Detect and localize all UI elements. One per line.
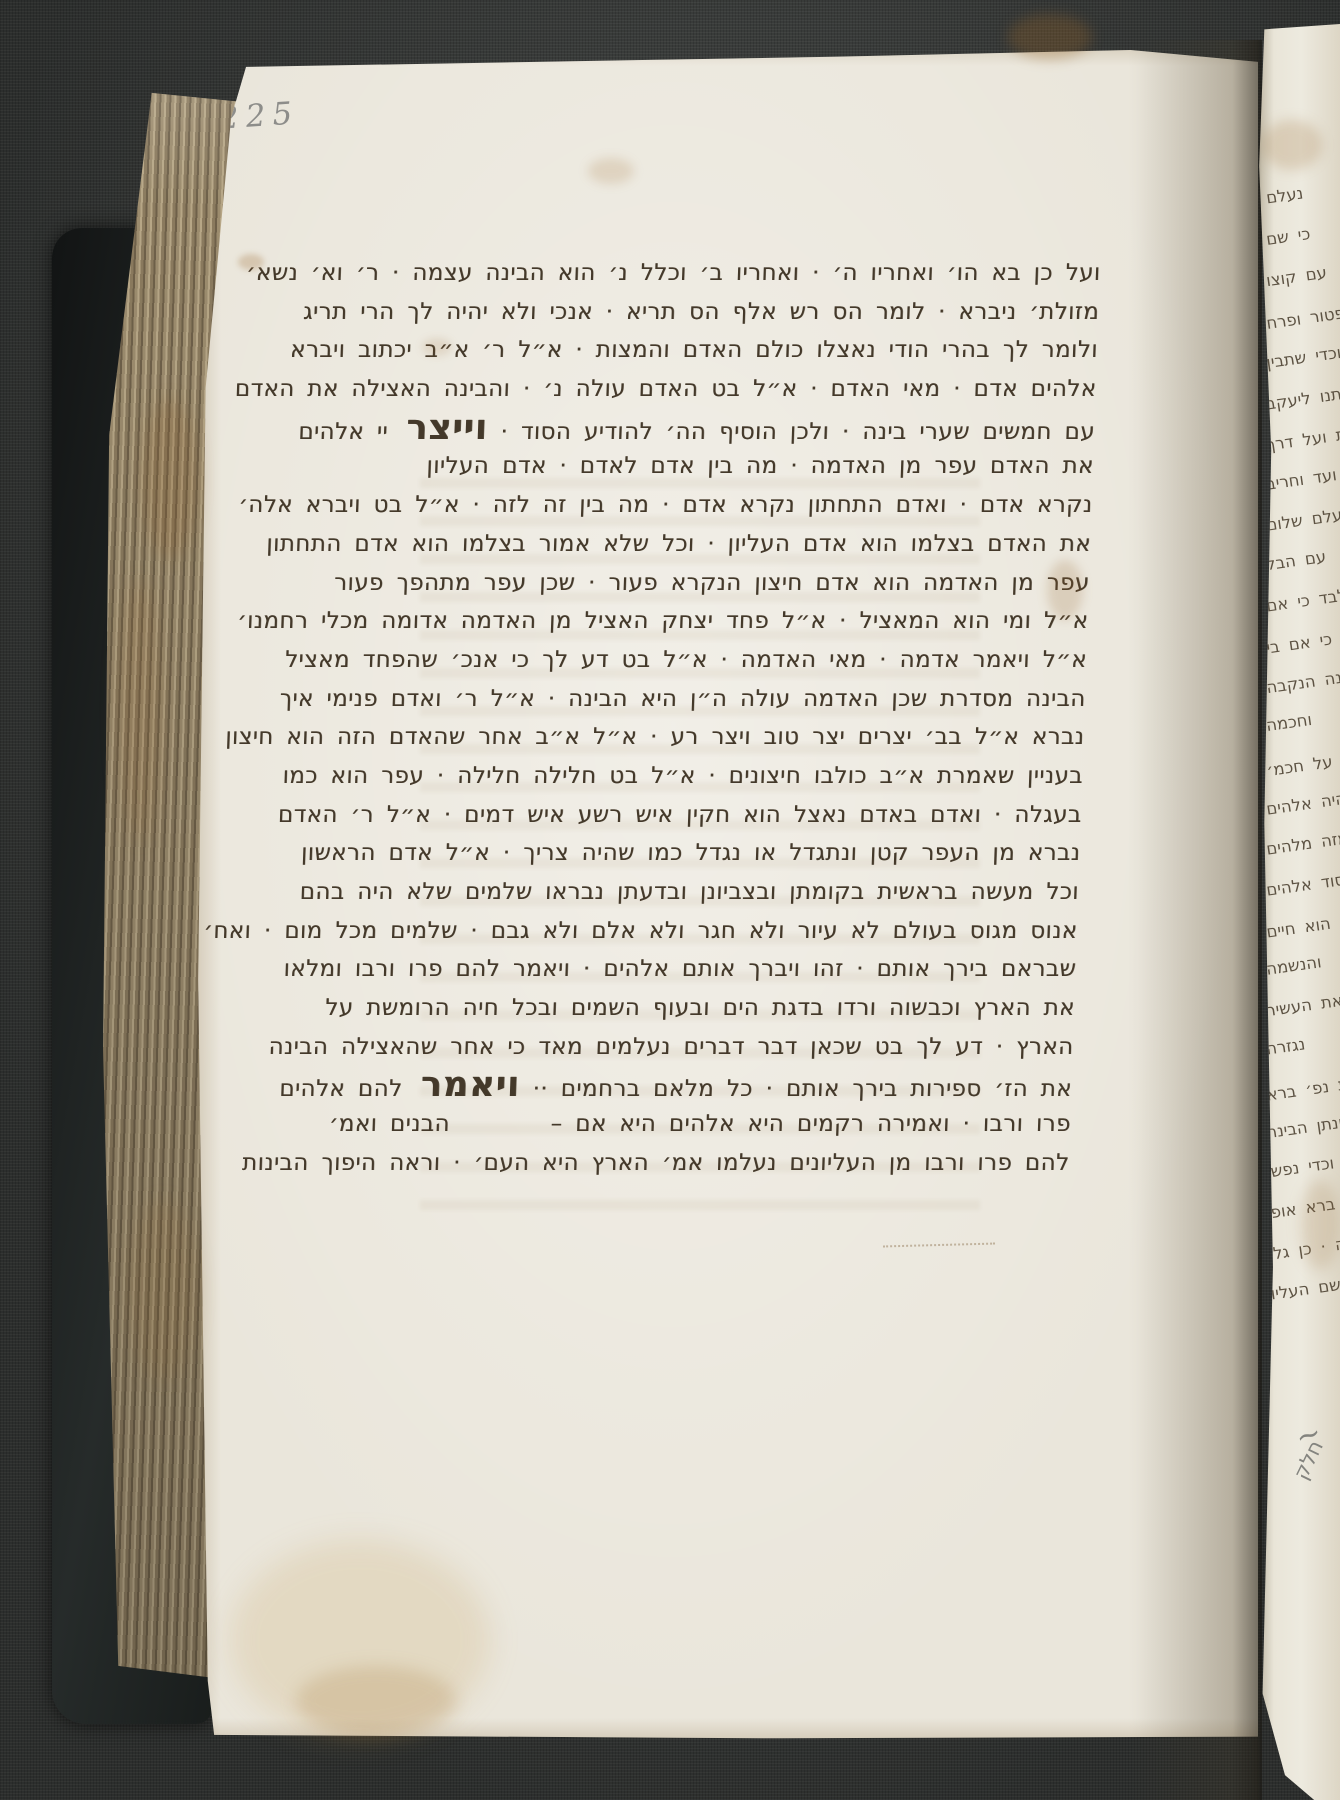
fragment-line: וסוד אלהים [1265,869,1340,899]
fragment-line: שם העליון [1265,1274,1340,1303]
text-segment: את הארץ וכבשוה ורדו בדגת הים ובעוף השמים… [312,995,1075,1021]
fragment-line: נתנו ליעקב [1265,383,1340,413]
fragment-line: כי שם [1265,224,1312,249]
fragment-line: כפטור ופרח [1265,301,1340,332]
manuscript-line: את האדם בצלמו הוא אדם העליון · וכל שלא א… [410,525,1091,564]
fragment-line: את העשיר [1265,991,1340,1021]
text-segment: בעגלה · ואדם באדם נאצל הוא חקין איש רשע … [265,802,1082,828]
manuscript-line: עם חמשים שערי בינה · ולכן הוסיף הה׳ להוד… [414,409,1095,448]
facing-page-edge: נעלםכי שםעם קוצוכפטור ופרחוכדי שתביןנתנו… [1254,24,1340,1800]
text-segment: ולומר לך בהרי הודי נאצלו כולם האדם והמצו… [277,337,1098,363]
fragment-line: נגזרה [1265,1034,1306,1058]
manuscript-line: א״ל ומי הוא המאציל · א״ל פחד יצחק האציל … [408,602,1089,641]
fragment-line: ונתן הבינה [1265,1112,1340,1142]
fragment-line: וכדי שתבין [1265,343,1340,372]
manuscript-line: ועל כן בא הו׳ ואחריו ה׳ · ואחריו ב׳ וכלל… [420,254,1101,293]
fragment-line: לב כי אם בי [1265,625,1340,657]
text-segment: הבינה מסדרת שכן האדמה עולה ה״ן היא הבינה… [267,686,1087,712]
text-segment: וכל מעשה בראשית בקומתן ובצביונן ובדעתן נ… [287,879,1080,905]
gutter-shadow [1128,40,1262,1800]
text-segment: אנוס מגוס בעולם לא עיור ולא חגר ולא אלם … [190,918,1078,944]
fragment-line: והנשמה [1265,952,1323,979]
manuscript-line: אלהים אדם · מאי האדם · א״ל בט האדם עולה … [416,370,1097,409]
fragment-line: לבד כי אם [1265,585,1340,615]
text-segment: נקרא אדם · ואדם התחתון נקרא אדם · מה בין… [225,492,1093,518]
text-segment: הארץ · דע לך בט שכאן דבר דברים נעלמים מא… [255,1034,1074,1060]
manuscript-line: הבינה מסדרת שכן האדמה עולה ה״ן היא הבינה… [405,680,1086,719]
fragment-line: עם קוצו [1265,263,1328,290]
stain [1262,120,1322,170]
text-segment: מזולת׳ ניברא · לומר הס רש אלף הס תריא · … [290,299,1100,325]
stain [142,398,198,558]
fragment-line: וכדי נפשו [1265,1153,1335,1181]
manuscript-line: את הז׳ ספירות בירך אותם · כל מלאם ברחמים… [391,1066,1072,1105]
fragment-line: ועתה הוא חיים [1265,907,1340,941]
manuscript-line: בעניין שאמרת א״ב כולבו חיצונים · א״ל בט … [402,757,1083,796]
faint-dotted-mark [883,1235,995,1248]
fragment-line: זה אות נפ׳ ברא [1265,1068,1340,1104]
text-segment: פרו ורבו · ואמירה רקמים היא אלהים היא אם… [537,1111,1071,1137]
fragment-line: נעלם [1265,183,1305,207]
text-segment: הבנים ואמ׳ [316,1111,451,1137]
manuscript-line: וכל מעשה בראשית בקומתן ובצביונן ובדעתן נ… [398,873,1079,912]
stain [296,1666,456,1736]
fragment-line: והנה הנקבה [1265,666,1340,698]
manuscript-line: הארץ · דע לך בט שכאן דבר דברים נעלמים מא… [393,1028,1074,1067]
manuscript-photograph: { "folio": { "number": "225" }, "colors"… [0,0,1340,1800]
stain [1300,1180,1340,1270]
text-segment: עם חמשים שערי בינה · ולכן הוסיף הה׳ להוד… [487,419,1095,445]
fragment-line: נעלם שלום [1265,504,1340,534]
text-segment: להם אלהים [266,1076,403,1102]
manuscript-line: פרו ורבו · ואמירה רקמים היא אלהים היא אם… [390,1105,1071,1144]
manuscript-line: את האדם עפר מן האדמה · מה בין אדם לאדם ·… [413,447,1094,486]
stain [1008,14,1092,60]
stain [128,1200,198,1380]
text-segment: בעניין שאמרת א״ב כולבו חיצונים · א״ל בט … [269,763,1083,789]
fragment-line: יהיה אלהים [1265,788,1340,819]
text-segment: נברא א״ל בב׳ יצרים יצר טוב ויצר רע · א״ל… [212,724,1085,750]
stain [422,338,452,356]
fragment-line: נעלמו על חכמ׳ [1265,745,1340,780]
text-segment: א״ל ויאמר אדמה · מאי האדמה · א״ל בט דע ל… [272,647,1088,673]
manuscript-line: עפר מן האדמה הוא אדם חיצון הנקרא פעור · … [409,564,1090,603]
stain [1047,560,1083,620]
manuscript-line: להם פרו ורבו מן העליונים נעלמו אמ׳ הארץ … [389,1144,1070,1183]
manuscript-line: מזולת׳ ניברא · לומר הס רש אלף הס תריא · … [419,293,1100,332]
text-segment: עפר מן האדמה הוא אדם חיצון הנקרא פעור · … [321,570,1090,596]
text-segment: אלהים אדם · מאי האדם · א״ל בט האדם עולה … [222,376,1097,402]
fragment-line: אות ועל דרך [1265,422,1340,454]
manuscript-line: נקרא אדם · ואדם התחתון נקרא אדם · מה בין… [412,486,1093,525]
main-text-block: ועל כן בא הו׳ ואחריו ה׳ · ואחריו ב׳ וכלל… [389,254,1101,1183]
manuscript-line: נברא א״ל בב׳ יצרים יצר טוב ויצר רע · א״ל… [404,718,1085,757]
stain [238,254,264,270]
fragment-line: ועד וחריב [1265,465,1338,494]
text-segment: שבראם בירך אותם · זהו ויברך אותם אלהים ·… [270,956,1076,982]
manuscript-line: נברא מן העפר קטן ונתגדל או נגדל כמו שהיה… [400,834,1081,873]
fragment-line: עם הבל [1265,546,1327,573]
manuscript-line: את הארץ וכבשוה ורדו בדגת הים ובעוף השמים… [394,989,1075,1028]
text-segment: נברא מן העפר קטן ונתגדל או נגדל כמו שהיה… [288,840,1081,866]
text-segment: את האדם עפר מן האדמה · מה בין אדם לאדם ·… [489,447,1095,486]
manuscript-line: ולומר לך בהרי הודי נאצלו כולם האדם והמצו… [417,331,1098,370]
text-segment: את הז׳ ספירות בירך אותם · כל מלאם ברחמים… [519,1076,1072,1102]
stain [118,580,162,840]
text-segment: א״ל ומי הוא המאציל · א״ל פחד יצחק האציל … [224,608,1089,634]
fragment-line: מזה מלהים [1265,828,1340,858]
manuscript-line: בעגלה · ואדם באדם נאצל הוא חקין איש רשע … [401,796,1082,835]
text-segment: ועל כן בא הו׳ ואחריו ה׳ · ואחריו ב׳ וכלל… [233,260,1101,286]
text-segment: העליון [413,447,490,486]
fragment-line: וחכמה [1265,709,1313,734]
enlarged-word: ויאמר [402,1065,521,1105]
manuscript-line: אנוס מגוס בעולם לא עיור ולא חגר ולא אלם … [397,912,1078,951]
text-segment: את האדם בצלמו הוא אדם העליון · וכל שלא א… [253,531,1091,557]
text-segment: להם פרו ורבו מן העליונים נעלמו אמ׳ הארץ … [229,1150,1070,1176]
enlarged-word: וייצר [387,408,488,448]
stain [588,158,634,184]
manuscript-line: א״ל ויאמר אדמה · מאי האדמה · א״ל בט דע ל… [406,641,1087,680]
manuscript-line: שבראם בירך אותם · זהו ויברך אותם אלהים ·… [396,950,1077,989]
manuscript-page: 225 ועל כן בא הו׳ ואחריו ה׳ · ואחריו ב׳ … [195,50,1258,1740]
text-segment: יי אלהים [285,419,388,445]
